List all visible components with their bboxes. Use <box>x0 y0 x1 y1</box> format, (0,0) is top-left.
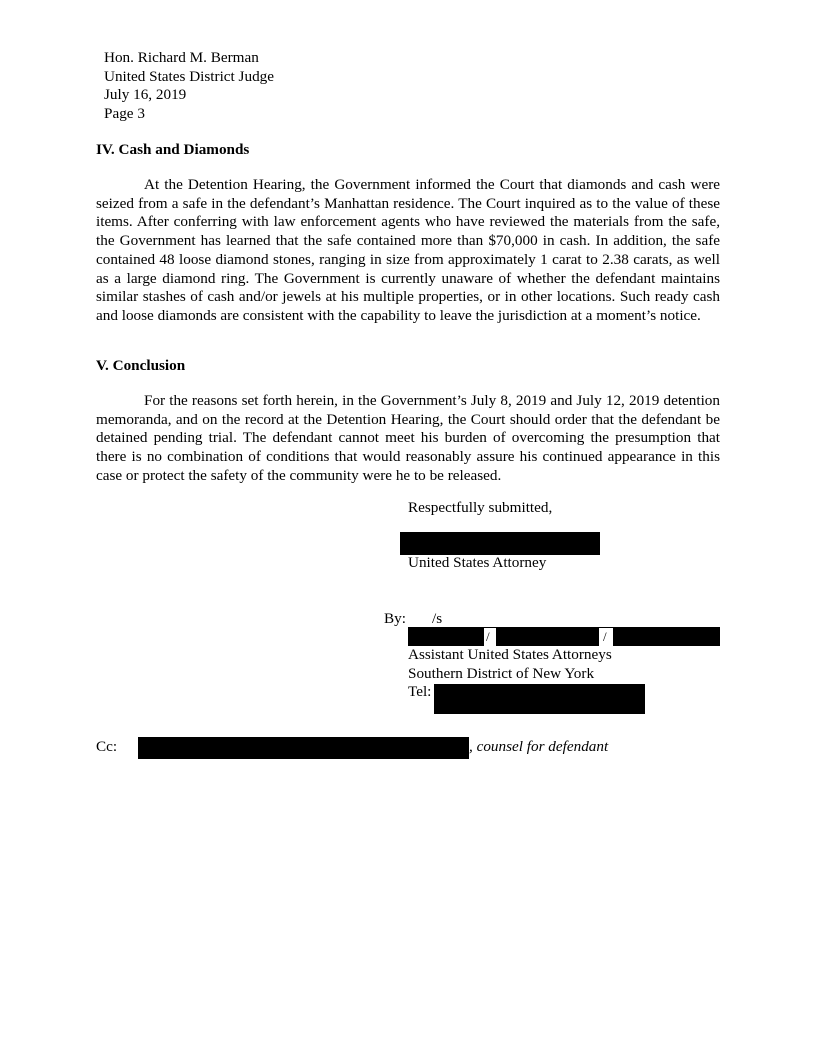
section-body-cash-diamonds: At the Detention Hearing, the Government… <box>96 176 720 326</box>
recipient-title: United States District Judge <box>104 68 274 87</box>
tel-label: Tel: <box>408 683 431 702</box>
redaction-telephone <box>434 684 645 714</box>
redaction-ausa-1 <box>408 628 484 646</box>
page-number: Page 3 <box>104 105 274 124</box>
redaction-ausa-2 <box>496 628 599 646</box>
redaction-us-attorney <box>400 532 600 555</box>
cc-suffix: , counsel for defendant <box>469 738 608 757</box>
paragraph: At the Detention Hearing, the Government… <box>96 176 720 326</box>
redaction-ausa-3 <box>613 628 720 646</box>
paragraph: For the reasons set forth herein, in the… <box>96 392 720 486</box>
office: Southern District of New York <box>408 665 594 684</box>
letter-date: July 16, 2019 <box>104 86 274 105</box>
section-body-conclusion: For the reasons set forth herein, in the… <box>96 392 720 486</box>
signature: /s <box>408 610 442 627</box>
ausa-role: Assistant United States Attorneys <box>408 646 612 665</box>
section-heading-conclusion: V. Conclusion <box>96 357 185 376</box>
us-attorney-title: United States Attorney <box>408 554 546 573</box>
letter-header: Hon. Richard M. Berman United States Dis… <box>104 49 274 123</box>
name-separator: / <box>486 628 490 647</box>
signature-line: /s <box>408 610 720 628</box>
cc-label: Cc: <box>96 738 117 757</box>
name-separator: / <box>603 628 607 647</box>
redaction-defense-counsel <box>138 737 469 759</box>
recipient-name: Hon. Richard M. Berman <box>104 49 274 68</box>
by-label: By: <box>384 610 406 629</box>
closing: Respectfully submitted, <box>408 499 552 518</box>
section-heading-cash-diamonds: IV. Cash and Diamonds <box>96 141 249 160</box>
